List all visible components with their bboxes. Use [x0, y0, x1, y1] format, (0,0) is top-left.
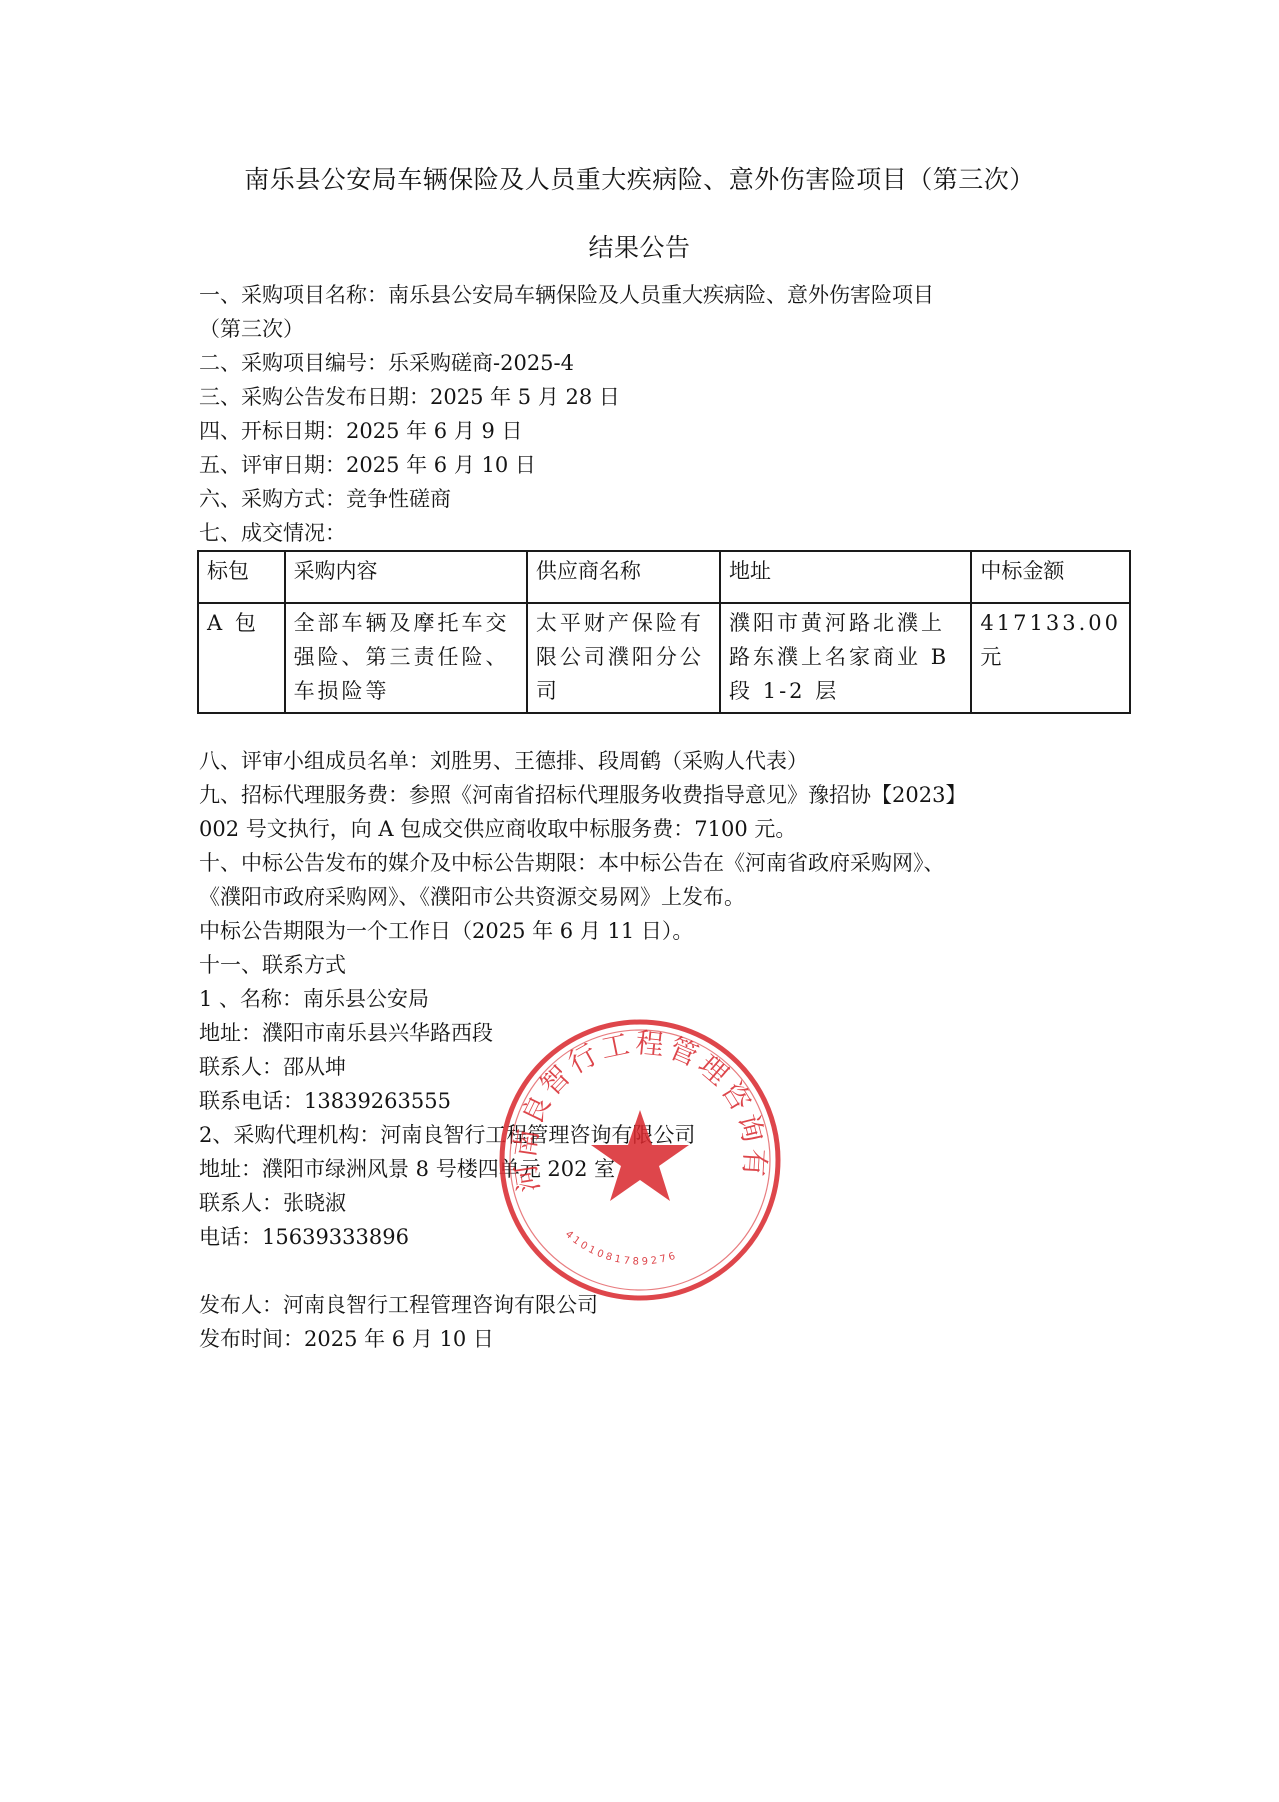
table-cell-amount: 417133.00 元 [971, 603, 1130, 713]
section-publication-period: 中标公告期限为一个工作日（2025 年 6 月 11 日）。 [199, 914, 1129, 948]
section-result-heading: 七、成交情况： [199, 516, 1129, 550]
table-header-package: 标包 [198, 551, 285, 603]
table-cell-supplier: 太平财产保险有限公司濮阳分公司 [527, 603, 720, 713]
section-publication-media-cont: 《濮阳市政府采购网》、《濮阳市公共资源交易网》上发布。 [199, 880, 1129, 914]
section-panel-members: 八、评审小组成员名单：刘胜男、王德排、段周鹤（采购人代表） [199, 744, 1129, 778]
section-project-name: 一、采购项目名称：南乐县公安局车辆保险及人员重大疾病险、意外伤害险项目 [199, 278, 1129, 312]
table-header-content: 采购内容 [285, 551, 527, 603]
table-header-supplier: 供应商名称 [527, 551, 720, 603]
company-seal-icon: 河南良智行工程管理咨询有限公司 4101081789276 [495, 1015, 785, 1305]
section-announce-date: 三、采购公告发布日期：2025 年 5 月 28 日 [199, 380, 1129, 414]
svg-text:4101081789276: 4101081789276 [563, 1229, 680, 1268]
table-header-amount: 中标金额 [971, 551, 1130, 603]
table-cell-content: 全部车辆及摩托车交强险、第三责任险、车损险等 [285, 603, 527, 713]
result-table: 标包 采购内容 供应商名称 地址 中标金额 A 包 全部车辆及摩托车交强险、第三… [197, 550, 1131, 714]
spacer [199, 714, 1129, 744]
purchaser-name: 1 、名称：南乐县公安局 [199, 982, 1129, 1016]
table-header-address: 地址 [720, 551, 971, 603]
section-review-date: 五、评审日期：2025 年 6 月 10 日 [199, 448, 1129, 482]
section-contacts-heading: 十一、联系方式 [199, 948, 1129, 982]
document-title: 南乐县公安局车辆保险及人员重大疾病险、意外伤害险项目（第三次） [0, 160, 1279, 196]
section-project-name-cont: （第三次） [199, 312, 1129, 346]
section-open-date: 四、开标日期：2025 年 6 月 9 日 [199, 414, 1129, 448]
table-cell-address: 濮阳市黄河路北濮上路东濮上名家商业 B 段 1-2 层 [720, 603, 971, 713]
table-row: A 包 全部车辆及摩托车交强险、第三责任险、车损险等 太平财产保险有限公司濮阳分… [198, 603, 1130, 713]
document-subtitle: 结果公告 [0, 228, 1279, 264]
seal-number: 4101081789276 [563, 1229, 680, 1268]
section-agency-fee: 九、招标代理服务费：参照《河南省招标代理服务收费指导意见》豫招协【2023】 [199, 778, 1129, 812]
table-header-row: 标包 采购内容 供应商名称 地址 中标金额 [198, 551, 1130, 603]
document-page: 南乐县公安局车辆保险及人员重大疾病险、意外伤害险项目（第三次） 结果公告 一、采… [0, 0, 1279, 1802]
publish-date: 发布时间：2025 年 6 月 10 日 [199, 1322, 1129, 1356]
section-project-number: 二、采购项目编号：乐采购磋商-2025-4 [199, 346, 1129, 380]
section-publication-media: 十、中标公告发布的媒介及中标公告期限：本中标公告在《河南省政府采购网》、 [199, 846, 1129, 880]
table-cell-package: A 包 [198, 603, 285, 713]
section-agency-fee-cont: 002 号文执行，向 A 包成交供应商收取中标服务费：7100 元。 [199, 812, 1129, 846]
section-method: 六、采购方式：竞争性磋商 [199, 482, 1129, 516]
